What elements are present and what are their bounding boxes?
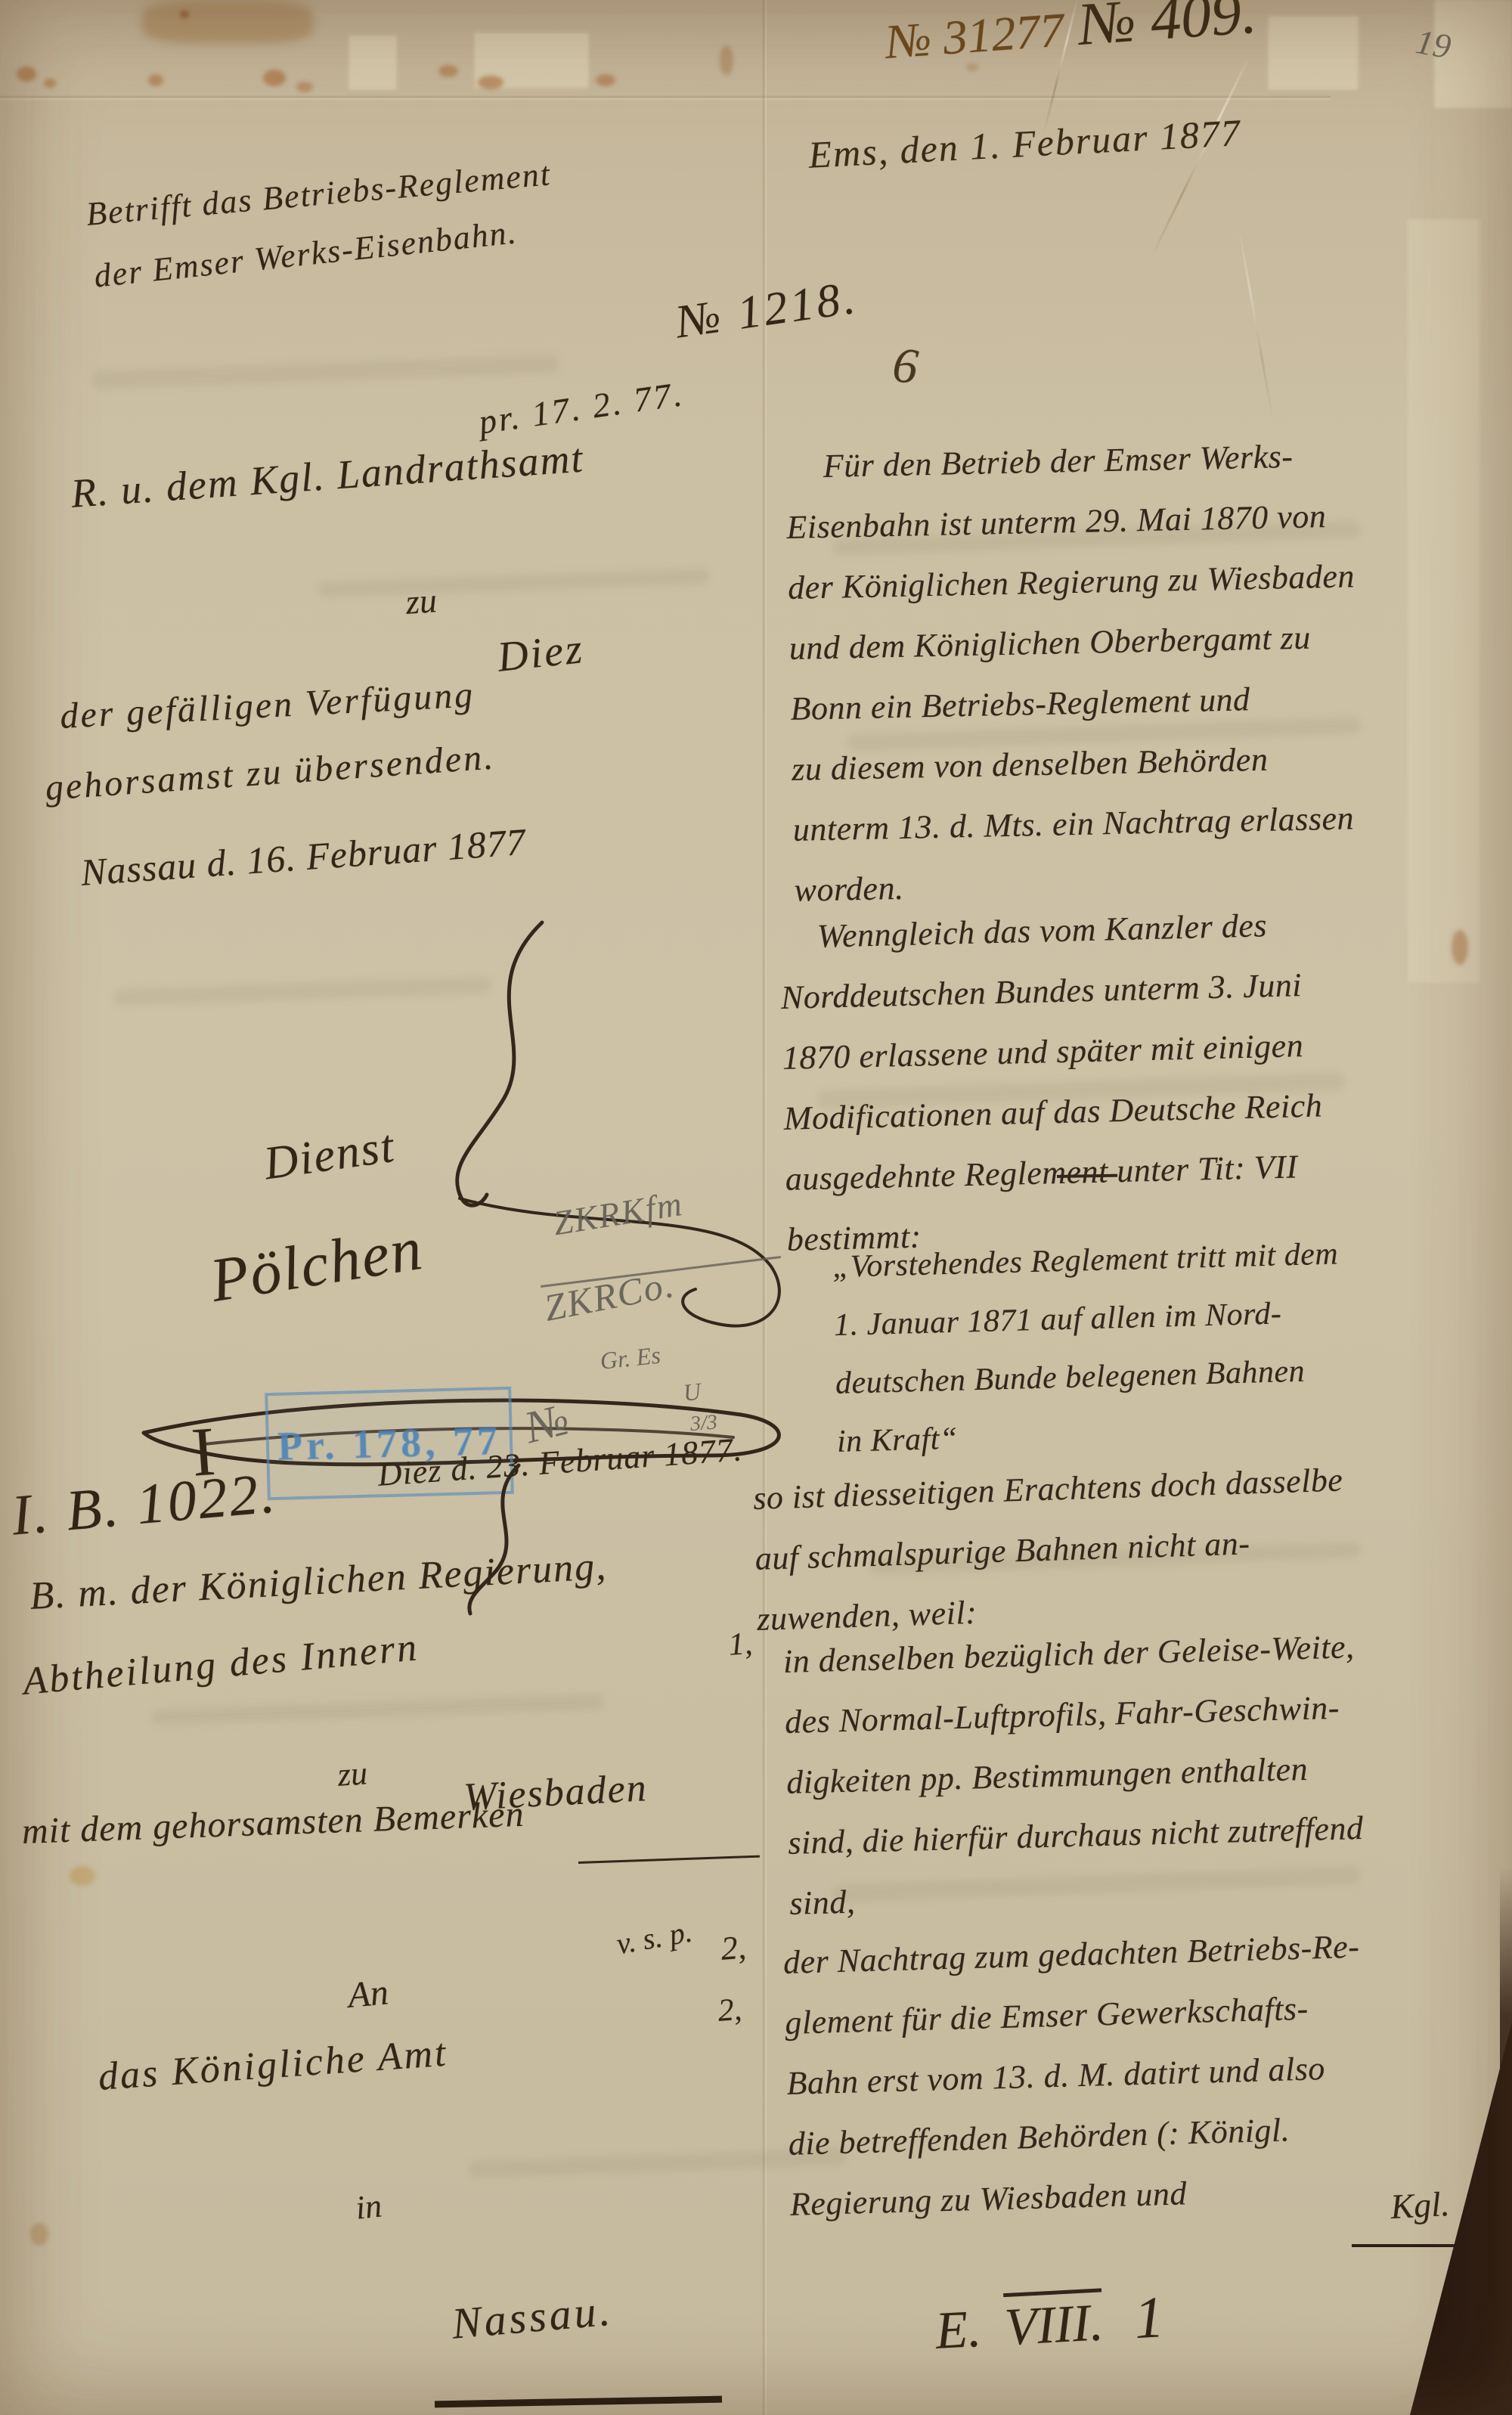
reply-line: zu (336, 1753, 369, 1794)
paragraph-1: Für den Betrieb der Emser Werks- Eisenba… (785, 425, 1362, 921)
bleed-through (91, 355, 559, 389)
repair-strip (1408, 219, 1480, 983)
manuscript-page: № 31277 № 409. 19 Ems, den 1. Februar 18… (0, 0, 1512, 2415)
rust-spot (148, 74, 163, 86)
registry-number-old: № 31277 (884, 2, 1066, 68)
rust-spot (596, 74, 615, 86)
list-item-1: in denselben bezüglich der Geleise-Weite… (782, 1617, 1366, 1934)
archive-roman: VIII. (1003, 2288, 1105, 2357)
paper-crack (1238, 228, 1274, 423)
rust-spot (296, 82, 313, 92)
paper-stain (142, 0, 313, 44)
folio-number: 19 (1413, 21, 1455, 67)
place-date-line: Nassau d. 16. Februar 1877 (79, 820, 528, 894)
archive-signature: E. VIII. 1 (934, 2283, 1166, 2363)
paper-stain (30, 2223, 48, 2246)
annotation-vsp: v. s. p. (614, 1914, 695, 1962)
disposition-line: der gefälligen Verfügung (59, 674, 476, 737)
rust-spot (180, 11, 189, 18)
rust-spot (1452, 930, 1468, 965)
rust-spot (438, 65, 458, 77)
address-line: zu (404, 580, 438, 622)
annotation-number: 2, (717, 1992, 743, 2029)
registry-number-header: № 31277 № 409. (883, 0, 1259, 73)
paragraph-2: Wenngleich das vom Kanzler des Norddeuts… (779, 894, 1326, 1270)
paper-stain (70, 1866, 95, 1886)
rust-spot (44, 79, 56, 88)
registry-number-new: № 409. (1077, 0, 1259, 58)
archive-number: 1 (1132, 2283, 1165, 2351)
addressee-line: An (346, 1971, 390, 2016)
rust-spot (720, 45, 733, 76)
list-item-number: 1, (727, 1626, 754, 1663)
heavy-underline (435, 2396, 722, 2408)
archive-letter: E. (934, 2300, 983, 2361)
disposition-line: gehorsamst zu übersenden. (44, 736, 497, 808)
bleed-through (318, 568, 711, 598)
pencil-note: U (682, 1378, 702, 1407)
list-item-2: der Nachtrag zum gedachten Betriebs-Re- … (782, 1917, 1367, 2235)
signature: Pölchen (206, 1213, 428, 1316)
quotation-block: „Vorstehendes Reglement tritt mit dem 1.… (832, 1225, 1343, 1471)
addressee-line: in (354, 2186, 383, 2227)
reply-line: Abtheilung des Innern (21, 1625, 420, 1704)
rust-spot (263, 70, 286, 86)
manuscript-line: unterm 13. d. Mts. ein Nachtrag erlassen (792, 788, 1360, 860)
list-item-number: 2, (720, 1928, 747, 1968)
filler-line (578, 1855, 760, 1864)
address-line: R. u. dem Kgl. Landrathsamt (70, 435, 585, 517)
address-line: Diez (495, 625, 587, 682)
rust-spot (478, 76, 503, 89)
section-mark: 6 (890, 336, 921, 396)
bleed-through (151, 1694, 605, 1726)
fold-crease-horizontal (0, 95, 1331, 101)
manuscript-line: zu diesem von denselben Behörden (791, 727, 1359, 800)
flourish-stroke (417, 916, 576, 1219)
addressee-line: das Königliche Amt (97, 2031, 449, 2100)
rust-spot (17, 67, 36, 82)
catchword: Kgl. (1390, 2184, 1451, 2227)
manuscript-line: Bonn ein Betriebs-Reglement und (790, 667, 1358, 739)
paper-crack (1148, 57, 1250, 262)
registry-number-2: I. B. 1022. (9, 1460, 280, 1549)
signature: Dienst (261, 1120, 398, 1192)
addressee-line: Nassau. (450, 2284, 615, 2348)
dateline: Ems, den 1. Februar 1877 (807, 110, 1242, 177)
manuscript-line: und dem Königlichen Oberbergamt zu (789, 606, 1356, 679)
presentation-note: pr. 17. 2. 77. (476, 374, 686, 442)
reply-line: mit dem gehorsamsten Bemerken (21, 1793, 525, 1852)
tape-fragment (349, 36, 396, 89)
tape-fragment (1269, 17, 1358, 89)
